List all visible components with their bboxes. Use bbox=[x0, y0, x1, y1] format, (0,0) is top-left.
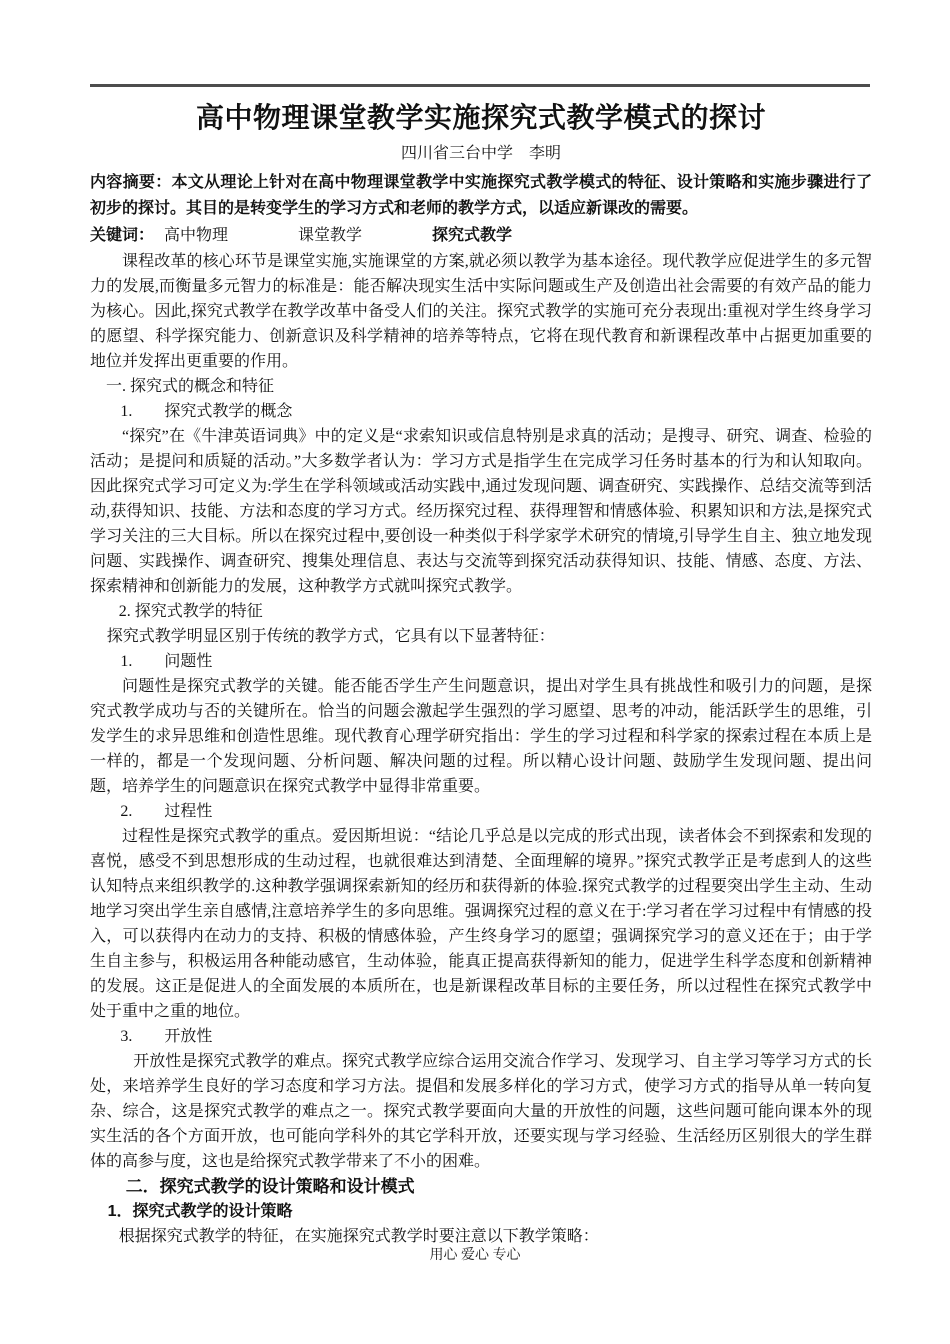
author-line: 四川省三台中学 李明 bbox=[90, 140, 872, 167]
document-body: 课程改革的核心环节是课堂实施,实施课堂的方案,就必须以教学为基本途径。现代教学应… bbox=[90, 249, 872, 1249]
document-page: 高中物理课堂教学实施探究式教学模式的探讨 四川省三台中学 李明 内容摘要：本文从… bbox=[0, 0, 950, 1344]
body-paragraph: 问题性是探究式教学的关键。能否能否学生产生问题意识，提出对学生具有挑战性和吸引力… bbox=[90, 674, 872, 799]
keyword: 探究式教学 bbox=[432, 227, 512, 244]
page-footer: 用心 爱心 专心 bbox=[0, 1246, 950, 1266]
subsection-heading-bold: 1．探究式教学的设计策略 bbox=[108, 1199, 872, 1224]
header-rule bbox=[90, 84, 870, 87]
body-paragraph: 课程改革的核心环节是课堂实施,实施课堂的方案,就必须以教学为基本途径。现代教学应… bbox=[90, 249, 872, 374]
keyword: 高中物理 bbox=[164, 227, 228, 244]
abstract-paragraph: 内容摘要：本文从理论上针对在高中物理课堂教学中实施探究式教学模式的特征、设计策略… bbox=[90, 170, 872, 222]
body-paragraph: 开放性是探究式教学的难点。探究式教学应综合运用交流合作学习、发现学习、自主学习等… bbox=[90, 1049, 872, 1174]
abstract-text: 本文从理论上针对在高中物理课堂教学中实施探究式教学模式的特征、设计策略和实施步骤… bbox=[90, 174, 872, 217]
subsection-heading: 2. 探究式教学的特征 bbox=[119, 599, 872, 624]
subsection-heading: 2. 过程性 bbox=[120, 799, 872, 824]
abstract-label: 内容摘要： bbox=[90, 174, 172, 191]
subsection-heading: 1. 探究式教学的概念 bbox=[120, 399, 872, 424]
body-paragraph: 过程性是探究式教学的重点。爱因斯坦说：“结论几乎总是以完成的形式出现，读者体会不… bbox=[90, 824, 872, 1024]
document-content: 高中物理课堂教学实施探究式教学模式的探讨 四川省三台中学 李明 内容摘要：本文从… bbox=[90, 88, 872, 1249]
page-title: 高中物理课堂教学实施探究式教学模式的探讨 bbox=[90, 99, 872, 139]
lead-sentence: 探究式教学明显区别于传统的教学方式，它具有以下显著特征： bbox=[107, 624, 872, 649]
section-heading-bold: 二．探究式教学的设计策略和设计模式 bbox=[126, 1174, 872, 1199]
keywords-line: 关键词：高中物理课堂教学探究式教学 bbox=[90, 222, 872, 249]
section-heading: 一. 探究式的概念和特征 bbox=[106, 374, 872, 399]
subsection-heading: 1. 问题性 bbox=[120, 649, 872, 674]
keywords-label: 关键词： bbox=[90, 227, 154, 244]
body-paragraph: “探究”在《牛津英语词典》中的定义是“求索知识或信息特别是求真的活动；是搜寻、研… bbox=[90, 424, 872, 599]
subsection-heading: 3. 开放性 bbox=[120, 1024, 872, 1049]
keyword: 课堂教学 bbox=[298, 227, 362, 244]
